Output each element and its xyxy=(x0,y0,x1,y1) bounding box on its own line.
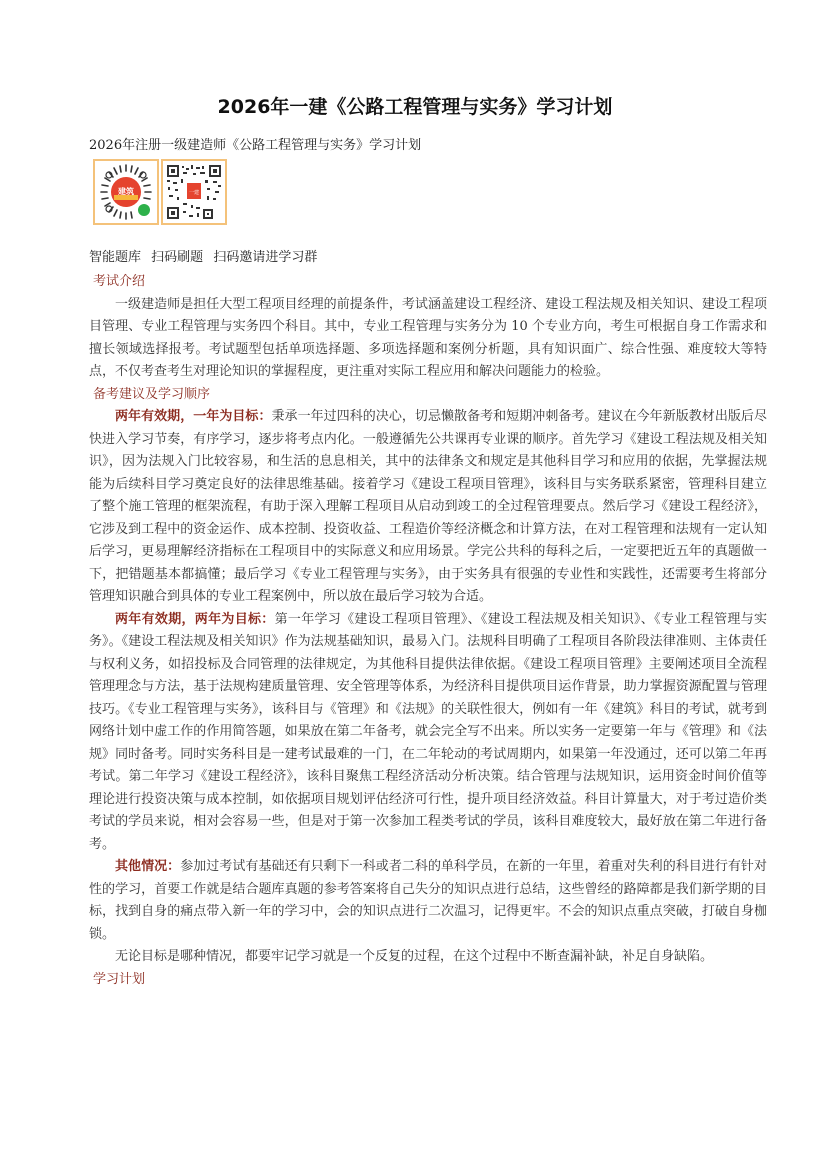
caption-item-join-group: 扫码邀请进学习群 xyxy=(213,250,317,265)
qr-code-icon: 一建 xyxy=(163,161,225,223)
one-year-lead: 两年有效期，一年为目标： xyxy=(115,409,271,424)
two-year-paragraph: 两年有效期，两年为目标：第一年学习《建设工程项目管理》、《建设工程法规及相关知识… xyxy=(89,609,767,857)
caption-item-question-bank: 智能题库 xyxy=(89,250,141,265)
document-page: 2026年一建《公路工程管理与实务》学习计划 2026年注册一级建造师《公路工程… xyxy=(0,0,830,1175)
mini-program-code-icon: 建筑 xyxy=(95,161,157,223)
two-year-lead: 两年有效期，两年为目标： xyxy=(115,612,275,627)
page-title: 2026年一建《公路工程管理与实务》学习计划 xyxy=(0,92,830,119)
caption-item-scan-practice: 扫码刷题 xyxy=(151,250,203,265)
one-year-paragraph: 两年有效期，一年为目标：秉承一年过四科的决心，切忌懒散备考和短期冲刺备考。建议在… xyxy=(89,406,767,609)
one-year-body: 秉承一年过四科的决心，切忌懒散备考和短期冲刺备考。建议在今年新版教材出版后尽快进… xyxy=(89,409,767,604)
qr-code-row: 建筑 xyxy=(93,159,227,225)
closing-paragraph: 无论目标是哪种情况，都要牢记学习就是一个反复的过程，在这个过程中不断查漏补缺，补… xyxy=(89,946,767,969)
qr-code-image: 一建 xyxy=(161,159,227,225)
two-year-body: 第一年学习《建设工程项目管理》、《建设工程法规及相关知识》、《专业工程管理与实务… xyxy=(89,612,767,852)
other-case-body: 参加过考试有基础还有只剩下一科或者二科的单科学员，在新的一年里，着重对失利的科目… xyxy=(89,859,767,942)
mini-program-label: 建筑 xyxy=(117,186,134,196)
section-heading-plan: 学习计划 xyxy=(89,969,767,992)
mini-program-code-image: 建筑 xyxy=(93,159,159,225)
qr-code-label: 一建 xyxy=(189,189,199,196)
page-subtitle: 2026年注册一级建造师《公路工程管理与实务》学习计划 xyxy=(89,134,421,153)
other-case-lead: 其他情况： xyxy=(115,859,180,874)
section-heading-intro: 考试介绍 xyxy=(89,271,767,294)
qr-caption: 智能题库 扫码刷题 扫码邀请进学习群 xyxy=(89,246,323,265)
intro-paragraph: 一级建造师是担任大型工程项目经理的前提条件，考试涵盖建设工程经济、建设工程法规及… xyxy=(89,294,767,384)
other-case-paragraph: 其他情况：参加过考试有基础还有只剩下一科或者二科的单科学员，在新的一年里，着重对… xyxy=(89,856,767,946)
document-body: 考试介绍 一级建造师是担任大型工程项目经理的前提条件，考试涵盖建设工程经济、建设… xyxy=(89,271,767,991)
section-heading-advice: 备考建议及学习顺序 xyxy=(89,384,767,407)
